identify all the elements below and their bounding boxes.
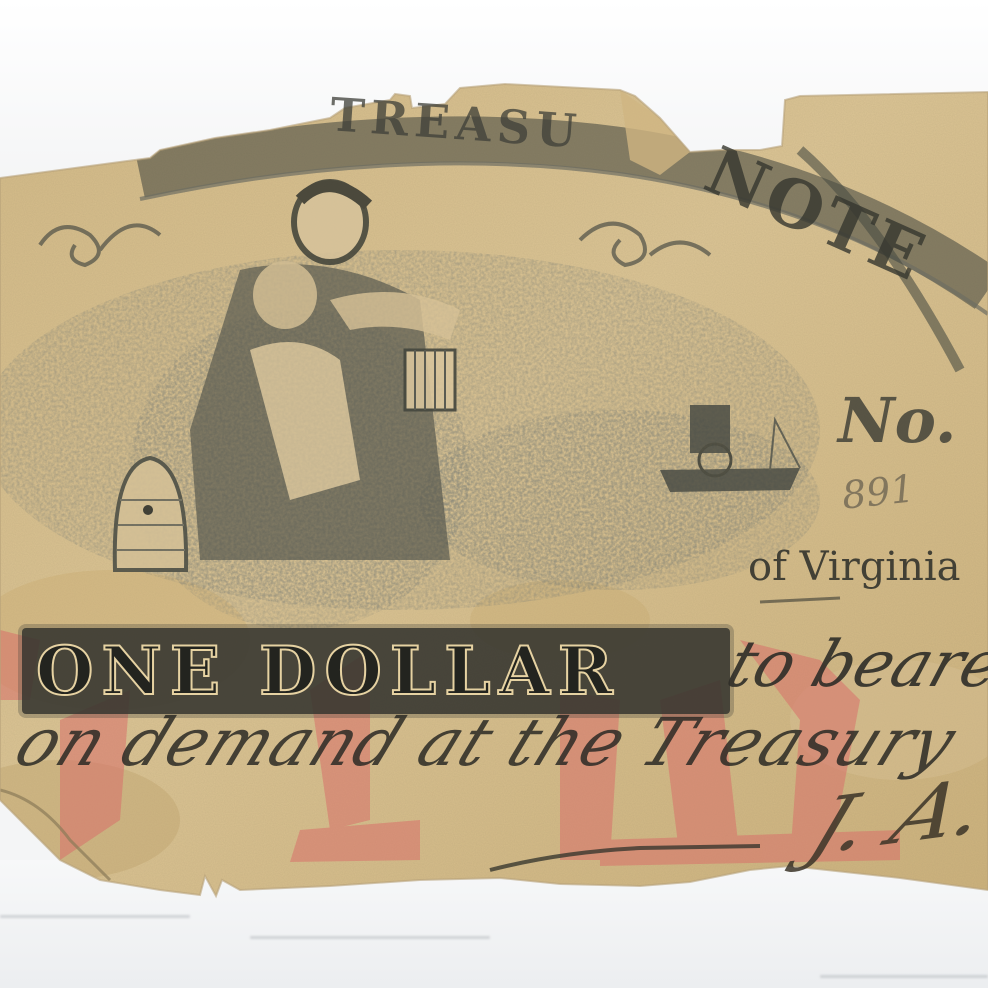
denomination-text: ONE DOLLAR <box>36 632 621 710</box>
issuer-line: of Virginia <box>748 544 961 590</box>
number-label: No. <box>838 384 957 457</box>
serial-number: 891 <box>840 466 917 517</box>
photo-scene: TREASU NOTE No. 891 of Virginia ONE DOLL… <box>0 0 988 988</box>
payable-on-demand: on demand at the Treasury <box>4 704 967 781</box>
payable-to-bearer: to bearer <box>718 628 988 702</box>
